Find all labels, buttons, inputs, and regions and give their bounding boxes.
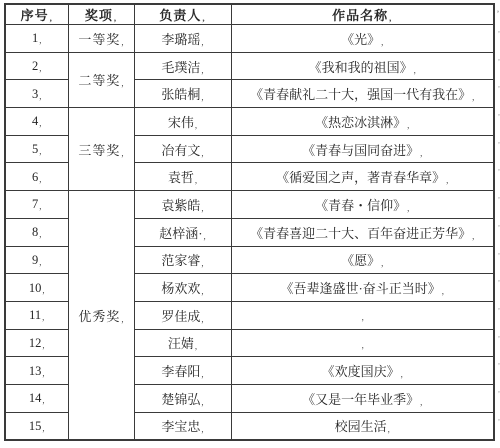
- award-cell-text: 三等奖: [78, 143, 120, 158]
- paragraph-mark: ,: [201, 203, 203, 213]
- work-cell: 《青春・信仰》,,: [231, 191, 494, 219]
- name-cell-text: 赵梓涵·: [159, 226, 202, 241]
- serial-cell: 2,: [5, 52, 68, 80]
- paragraph-mark: ,: [407, 203, 409, 213]
- serial-cell: 1,: [5, 25, 68, 53]
- work-cell-text: 《吾辈逢盛世·奋斗正当时》: [280, 281, 440, 296]
- award-cell-text: 优秀奖: [78, 309, 120, 324]
- paragraph-mark: ,: [42, 368, 44, 378]
- work-cell-text: 《青春献礼二十大，强国一代有我在》: [250, 87, 471, 102]
- serial-cell-text: 9: [32, 253, 38, 267]
- name-cell-text: 李宝忠: [161, 419, 200, 434]
- work-cell-text: 《青春・信仰》: [315, 198, 406, 213]
- work-cell-text: 《我和我的祖国》: [309, 60, 413, 75]
- name-cell-text: 袁哲: [168, 170, 194, 185]
- name-cell: 冶有文,: [134, 135, 231, 163]
- work-cell: 《青春与国同奋进》,,: [231, 135, 494, 163]
- paragraph-mark: ,: [388, 424, 390, 434]
- serial-cell-text: 2: [32, 59, 38, 73]
- serial-cell-text: 6: [32, 170, 38, 184]
- work-cell-text: 《热恋冰淇淋》: [315, 115, 406, 130]
- work-cell: 《青春喜迎二十大、百年奋进正芳华》,,: [231, 218, 494, 246]
- paragraph-mark: ,: [389, 13, 392, 23]
- paragraph-mark: ,: [121, 78, 123, 88]
- paragraph-mark: ,: [39, 91, 41, 101]
- paragraph-mark: ,: [442, 286, 444, 296]
- paragraph-mark: ,: [202, 13, 205, 23]
- serial-cell-text: 14: [29, 391, 42, 405]
- paragraph-mark: ,: [39, 174, 41, 184]
- work-cell: 《吾辈逢盛世·奋斗正当时》,,: [231, 274, 494, 302]
- paragraph-mark: ,: [362, 312, 364, 322]
- name-cell: 袁哲,: [134, 163, 231, 191]
- paragraph-mark: ,: [39, 35, 41, 45]
- name-cell: 楚锦弘,: [134, 384, 231, 412]
- work-cell: 《欢度国庆》,,: [231, 357, 494, 385]
- work-cell-text: 《循爱国之声，著青春华章》: [276, 170, 445, 185]
- name-cell: 范家睿,: [134, 246, 231, 274]
- column-header-award-label: 奖项: [85, 8, 113, 23]
- serial-cell-text: 4: [32, 114, 38, 128]
- paragraph-mark: ,: [472, 92, 474, 102]
- work-cell: 《青春献礼二十大，强国一代有我在》,,: [231, 80, 494, 108]
- paragraph-mark: ,: [201, 92, 203, 102]
- serial-cell-text: 11: [29, 308, 41, 322]
- column-header-serial: 序号,: [5, 4, 68, 25]
- work-cell: 《光》,,: [231, 25, 494, 53]
- paragraph-mark: ,: [201, 397, 203, 407]
- name-cell-text: 袁紫皓: [161, 198, 200, 213]
- document-page: 序号, 奖项, 负责人, 作品名称,, 1,一等奖,李璐瑶,《光》,,2,二等奖…: [0, 0, 500, 448]
- name-cell: 赵梓涵·,: [134, 218, 231, 246]
- serial-cell-text: 8: [32, 225, 38, 239]
- serial-cell: 11,: [5, 301, 68, 329]
- name-cell: 袁紫皓,: [134, 191, 231, 219]
- paragraph-mark: ,: [446, 175, 448, 185]
- name-cell: 毛璞洁,: [134, 52, 231, 80]
- work-cell: 《我和我的祖国》,,: [231, 52, 494, 80]
- award-cell: 优秀奖,: [68, 191, 134, 441]
- serial-cell-text: 1: [32, 31, 38, 45]
- paragraph-mark: ,: [201, 148, 203, 158]
- column-header-serial-label: 序号: [21, 8, 49, 23]
- award-cell-text: 二等奖: [78, 73, 120, 88]
- serial-cell: 7,: [5, 191, 68, 219]
- paragraph-mark: ,: [201, 37, 203, 47]
- paragraph-mark: ,: [50, 13, 53, 23]
- paragraph-mark: ,: [362, 340, 364, 350]
- name-cell-text: 张皓桐: [161, 87, 200, 102]
- paragraph-mark: ,: [420, 397, 422, 407]
- name-cell: 张皓桐,: [134, 80, 231, 108]
- serial-cell: 8,: [5, 218, 68, 246]
- paragraph-mark: ,: [42, 395, 44, 405]
- name-cell-text: 冶有文: [161, 143, 200, 158]
- work-cell-text: 《愿》: [341, 253, 380, 268]
- paragraph-mark: ,: [39, 257, 41, 267]
- name-cell-text: 李春阳: [161, 364, 200, 379]
- header-row: 序号, 奖项, 负责人, 作品名称,,: [5, 4, 494, 25]
- name-cell: 宋伟,: [134, 108, 231, 136]
- name-cell-text: 罗佳成: [161, 309, 200, 324]
- paragraph-mark: ,: [42, 423, 44, 433]
- table-header: 序号, 奖项, 负责人, 作品名称,,: [5, 4, 494, 25]
- paragraph-mark: ,: [414, 65, 416, 75]
- serial-cell-text: 13: [29, 364, 42, 378]
- work-cell-text: 校园生活: [335, 419, 387, 434]
- name-cell-text: 宋伟: [168, 115, 194, 130]
- paragraph-mark: ,: [381, 258, 383, 268]
- award-cell: 二等奖,: [68, 52, 134, 107]
- name-cell: 罗佳成,: [134, 301, 231, 329]
- paragraph-mark: ,: [42, 285, 44, 295]
- paragraph-mark: ,: [39, 118, 41, 128]
- serial-cell-text: 7: [32, 197, 38, 211]
- paragraph-mark: ,: [201, 65, 203, 75]
- name-cell: 李宝忠,: [134, 412, 231, 440]
- column-header-work: 作品名称,,: [231, 4, 494, 25]
- award-cell-text: 一等奖: [78, 32, 120, 47]
- paragraph-mark: ,: [195, 120, 197, 130]
- paragraph-mark: ,: [195, 175, 197, 185]
- paragraph-mark: ,: [42, 312, 44, 322]
- award-cell: 一等奖,: [68, 25, 134, 53]
- name-cell-text: 汪婧: [168, 336, 194, 351]
- serial-cell-text: 5: [32, 142, 38, 156]
- work-cell: 《循爱国之声，著青春华章》,,: [231, 163, 494, 191]
- serial-cell-text: 10: [29, 281, 42, 295]
- name-cell-text: 杨欢欢: [161, 281, 200, 296]
- paragraph-mark: ,: [121, 37, 123, 47]
- serial-cell: 10,: [5, 274, 68, 302]
- table-row: 1,一等奖,李璐瑶,《光》,,: [5, 25, 494, 53]
- work-cell: 《热恋冰淇淋》,,: [231, 108, 494, 136]
- serial-cell: 5,: [5, 135, 68, 163]
- paragraph-mark: ,: [201, 369, 203, 379]
- serial-cell: 12,: [5, 329, 68, 357]
- paragraph-mark: ,: [201, 258, 203, 268]
- work-cell-text: 《青春与国同奋进》: [302, 143, 419, 158]
- table-row: 4,三等奖,宋伟,《热恋冰淇淋》,,: [5, 108, 494, 136]
- paragraph-mark: ,: [39, 201, 41, 211]
- table-row: 7,优秀奖,袁紫皓,《青春・信仰》,,: [5, 191, 494, 219]
- serial-cell: 15,: [5, 412, 68, 440]
- name-cell: 汪婧,: [134, 329, 231, 357]
- paragraph-mark: ,: [39, 229, 41, 239]
- serial-cell-text: 12: [29, 336, 42, 350]
- work-cell: 《愿》,,: [231, 246, 494, 274]
- paragraph-mark: ,: [39, 63, 41, 73]
- paragraph-mark: ,: [121, 148, 123, 158]
- name-cell: 李璐瑶,: [134, 25, 231, 53]
- paragraph-mark: ,: [472, 231, 474, 241]
- name-cell-text: 李璐瑶: [161, 32, 200, 47]
- work-cell: ,,: [231, 329, 494, 357]
- paragraph-mark: ,: [401, 369, 403, 379]
- name-cell-text: 楚锦弘: [161, 392, 200, 407]
- column-header-person: 负责人,: [134, 4, 231, 25]
- work-cell-text: 《光》: [341, 32, 380, 47]
- work-cell: ,,: [231, 301, 494, 329]
- paragraph-mark: ,: [407, 120, 409, 130]
- column-header-award: 奖项,: [68, 4, 134, 25]
- paragraph-mark: ,: [204, 231, 206, 241]
- serial-cell: 3,: [5, 80, 68, 108]
- serial-cell: 13,: [5, 357, 68, 385]
- paragraph-mark: ,: [114, 13, 117, 23]
- paragraph-mark: ,: [121, 314, 123, 324]
- column-header-person-label: 负责人: [159, 8, 201, 23]
- column-header-work-label: 作品名称: [332, 8, 388, 23]
- serial-cell-text: 15: [29, 419, 42, 433]
- serial-cell-text: 3: [32, 87, 38, 101]
- name-cell-text: 范家睿: [161, 253, 200, 268]
- name-cell: 李春阳,: [134, 357, 231, 385]
- work-cell-text: 《青春喜迎二十大、百年奋进正芳华》: [250, 226, 471, 241]
- table-row: 2,二等奖,毛璞洁,《我和我的祖国》,,: [5, 52, 494, 80]
- name-cell: 杨欢欢,: [134, 274, 231, 302]
- paragraph-mark: ,: [42, 340, 44, 350]
- work-cell: 《又是一年毕业季》,,: [231, 384, 494, 412]
- award-cell: 三等奖,: [68, 108, 134, 191]
- table-body: 1,一等奖,李璐瑶,《光》,,2,二等奖,毛璞洁,《我和我的祖国》,,3,张皓桐…: [5, 25, 494, 441]
- paragraph-mark: ,: [195, 341, 197, 351]
- paragraph-mark: ,: [201, 424, 203, 434]
- serial-cell: 6,: [5, 163, 68, 191]
- work-cell-text: 《欢度国庆》: [322, 364, 400, 379]
- paragraph-mark: ,: [39, 146, 41, 156]
- name-cell-text: 毛璞洁: [161, 60, 200, 75]
- paragraph-mark: ,: [420, 148, 422, 158]
- awards-table: 序号, 奖项, 负责人, 作品名称,, 1,一等奖,李璐瑶,《光》,,2,二等奖…: [4, 3, 495, 441]
- work-cell: 校园生活,,: [231, 412, 494, 440]
- serial-cell: 4,: [5, 108, 68, 136]
- serial-cell: 9,: [5, 246, 68, 274]
- serial-cell: 14,: [5, 384, 68, 412]
- paragraph-mark: ,: [381, 37, 383, 47]
- work-cell-text: 《又是一年毕业季》: [302, 392, 419, 407]
- paragraph-mark: ,: [201, 286, 203, 296]
- paragraph-mark: ,: [201, 314, 203, 324]
